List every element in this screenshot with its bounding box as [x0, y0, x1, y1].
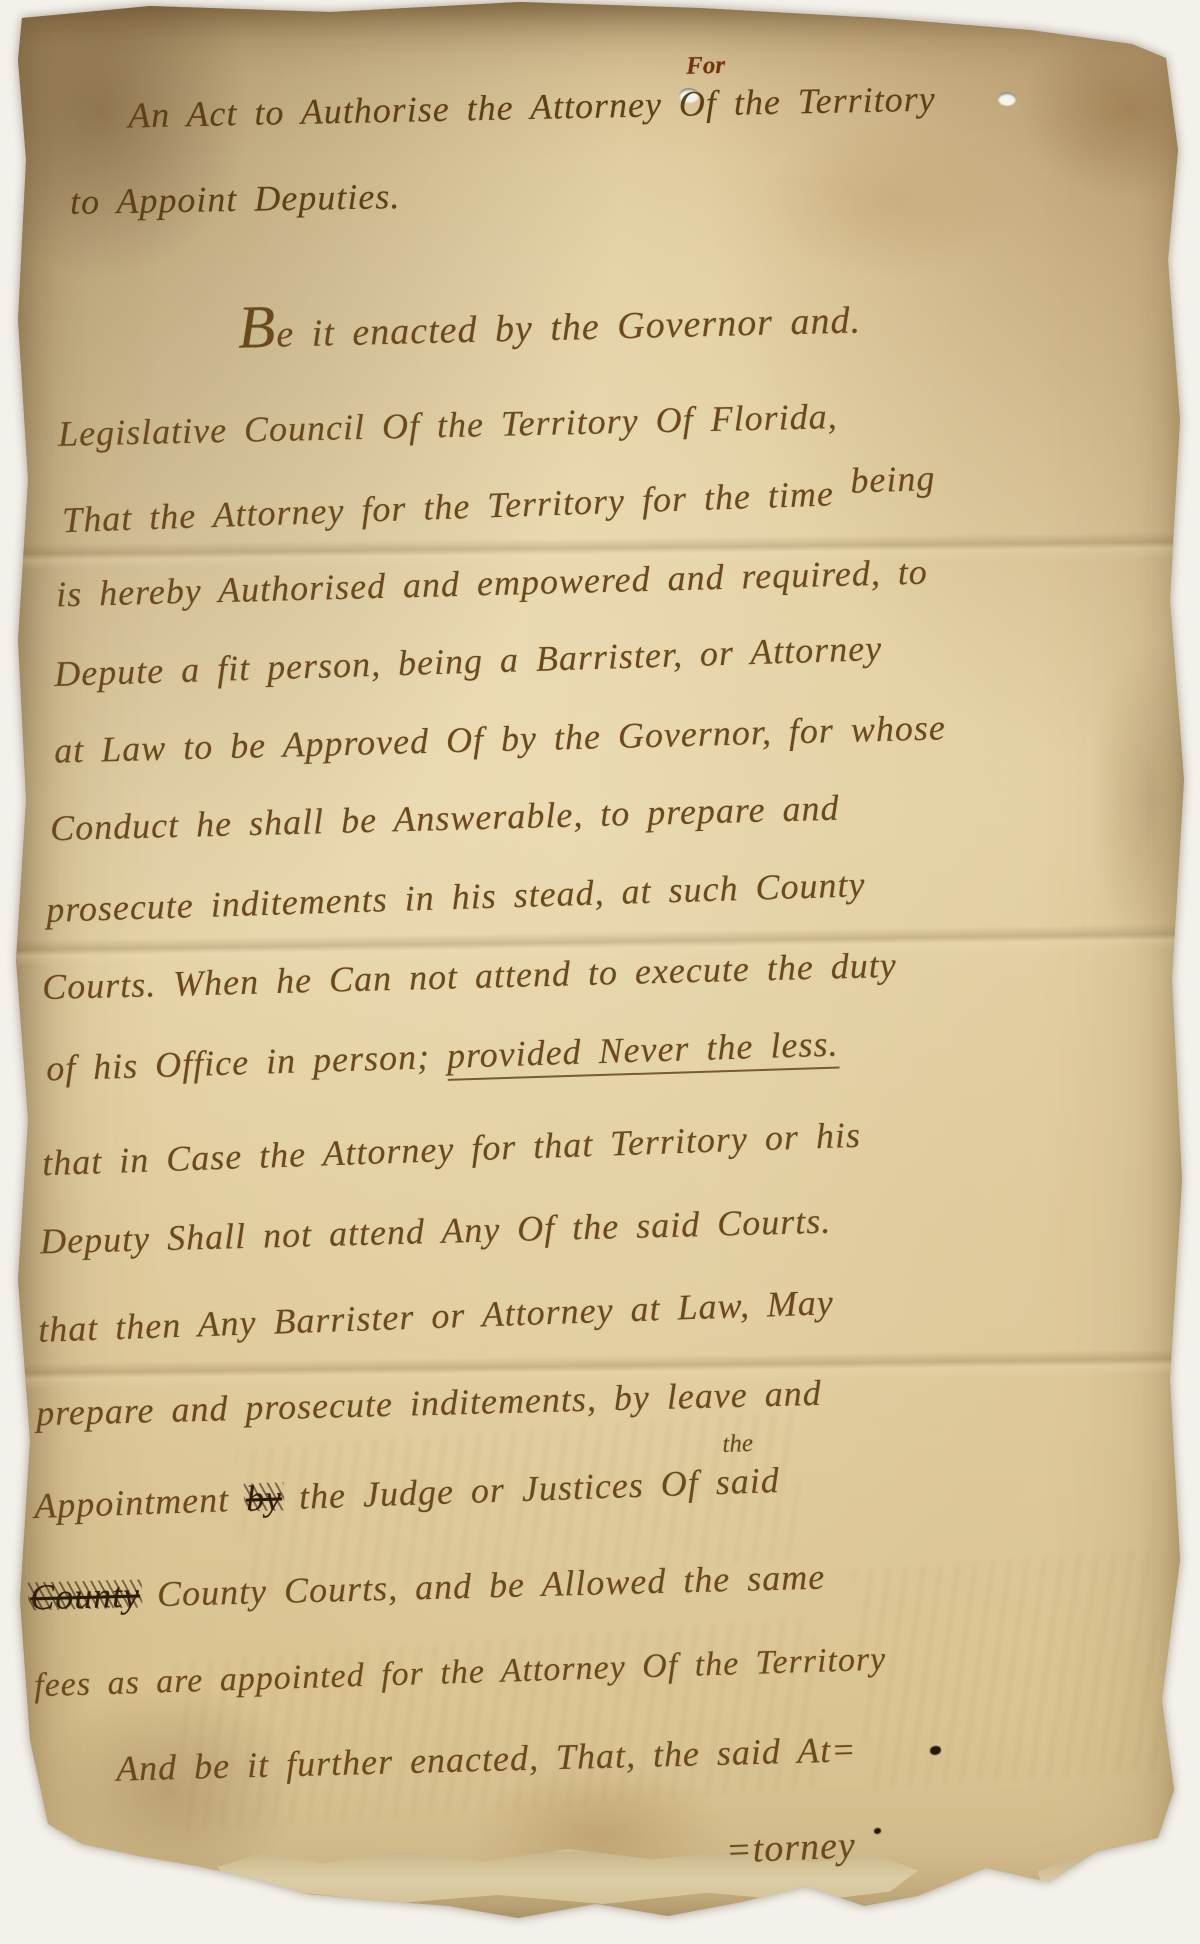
title-text-before-correction: An Act to Authorise the Attorney	[128, 84, 663, 135]
manuscript-line: that in Case the Attorney for that Terri…	[42, 1114, 862, 1185]
manuscript-line: at Law to be Approved Of by the Governor…	[54, 706, 947, 771]
stain	[470, 1760, 730, 1910]
struck-word-by: by	[245, 1476, 282, 1519]
act-title-line-1: An Act to Authorise the Attorney For Of …	[128, 78, 936, 137]
manuscript-line: Be it enacted by the Governor and.	[237, 278, 861, 363]
manuscript-line: Appointment by the Judge or Justices Of …	[33, 1459, 780, 1527]
stain	[1020, 20, 1200, 200]
interlinear-correction-anchor: the said	[715, 1459, 780, 1503]
manuscript-line: Deputy Shall not attend Any Of the said …	[40, 1200, 832, 1263]
manuscript-scan: An Act to Authorise the Attorney For Of …	[0, 0, 1200, 1944]
ink-blot	[874, 1828, 881, 1834]
line-text: the Judge or Justices Of	[298, 1463, 699, 1517]
inserted-word-for: For	[686, 52, 725, 81]
act-title-line-2: to Appoint Deputies.	[70, 175, 401, 223]
inserted-word-the: the	[722, 1430, 754, 1459]
line-text: That the Attorney for the Territory for …	[62, 473, 835, 540]
bleed-through-texture	[853, 1550, 1168, 1790]
manuscript-line: prepare and prosecute inditements, by le…	[36, 1372, 823, 1435]
torn-edge	[1038, 1856, 1178, 1908]
line-text: of his Office in person;	[46, 1036, 431, 1088]
raised-word-being: being	[850, 457, 936, 502]
stain	[40, 1680, 300, 1900]
manuscript-line: that then Any Barrister or Attorney at L…	[38, 1281, 835, 1351]
manuscript-line: Conduct he shall be Answerable, to prepa…	[50, 787, 840, 850]
stain	[1090, 640, 1200, 960]
manuscript-line: Courts. When he Can not attend to execut…	[42, 944, 898, 1008]
line-text: County Courts, and be Allowed the same	[157, 1557, 826, 1614]
line-text: Appointment	[34, 1479, 230, 1526]
page-number: 87	[1114, 1845, 1146, 1879]
line-text: said	[715, 1460, 780, 1502]
interlinear-correction-anchor: For Of the Territory	[678, 78, 936, 125]
manuscript-line: fees as are appointed for the Attorney O…	[34, 1641, 887, 1706]
title-text-after-correction: Of the Territory	[679, 79, 936, 124]
paper-sheet: An Act to Authorise the Attorney For Of …	[0, 0, 1200, 1944]
hyphenated-carryover-torney: =torney	[725, 1823, 856, 1872]
manuscript-line: Depute a fit person, being a Barrister, …	[54, 627, 883, 695]
manuscript-line: County County Courts, and be Allowed the…	[30, 1556, 826, 1619]
ink-blot	[930, 1746, 941, 1755]
stain	[0, 0, 250, 280]
manuscript-line: Legislative Council Of the Territory Of …	[58, 395, 838, 455]
punch-hole	[998, 92, 1016, 105]
underlined-proviso: provided Never the less.	[446, 1024, 839, 1081]
stain	[760, 120, 1020, 280]
manuscript-line: And be it further enacted, That, the sai…	[116, 1728, 857, 1789]
manuscript-line: of his Office in person; provided Never …	[46, 1023, 839, 1090]
manuscript-line: prosecute inditements in his stead, at s…	[46, 863, 867, 931]
manuscript-line: is hereby Authorised and empowered and r…	[56, 551, 929, 616]
struck-word-county: County	[30, 1574, 141, 1619]
manuscript-line: That the Attorney for the Territory for …	[62, 469, 937, 541]
